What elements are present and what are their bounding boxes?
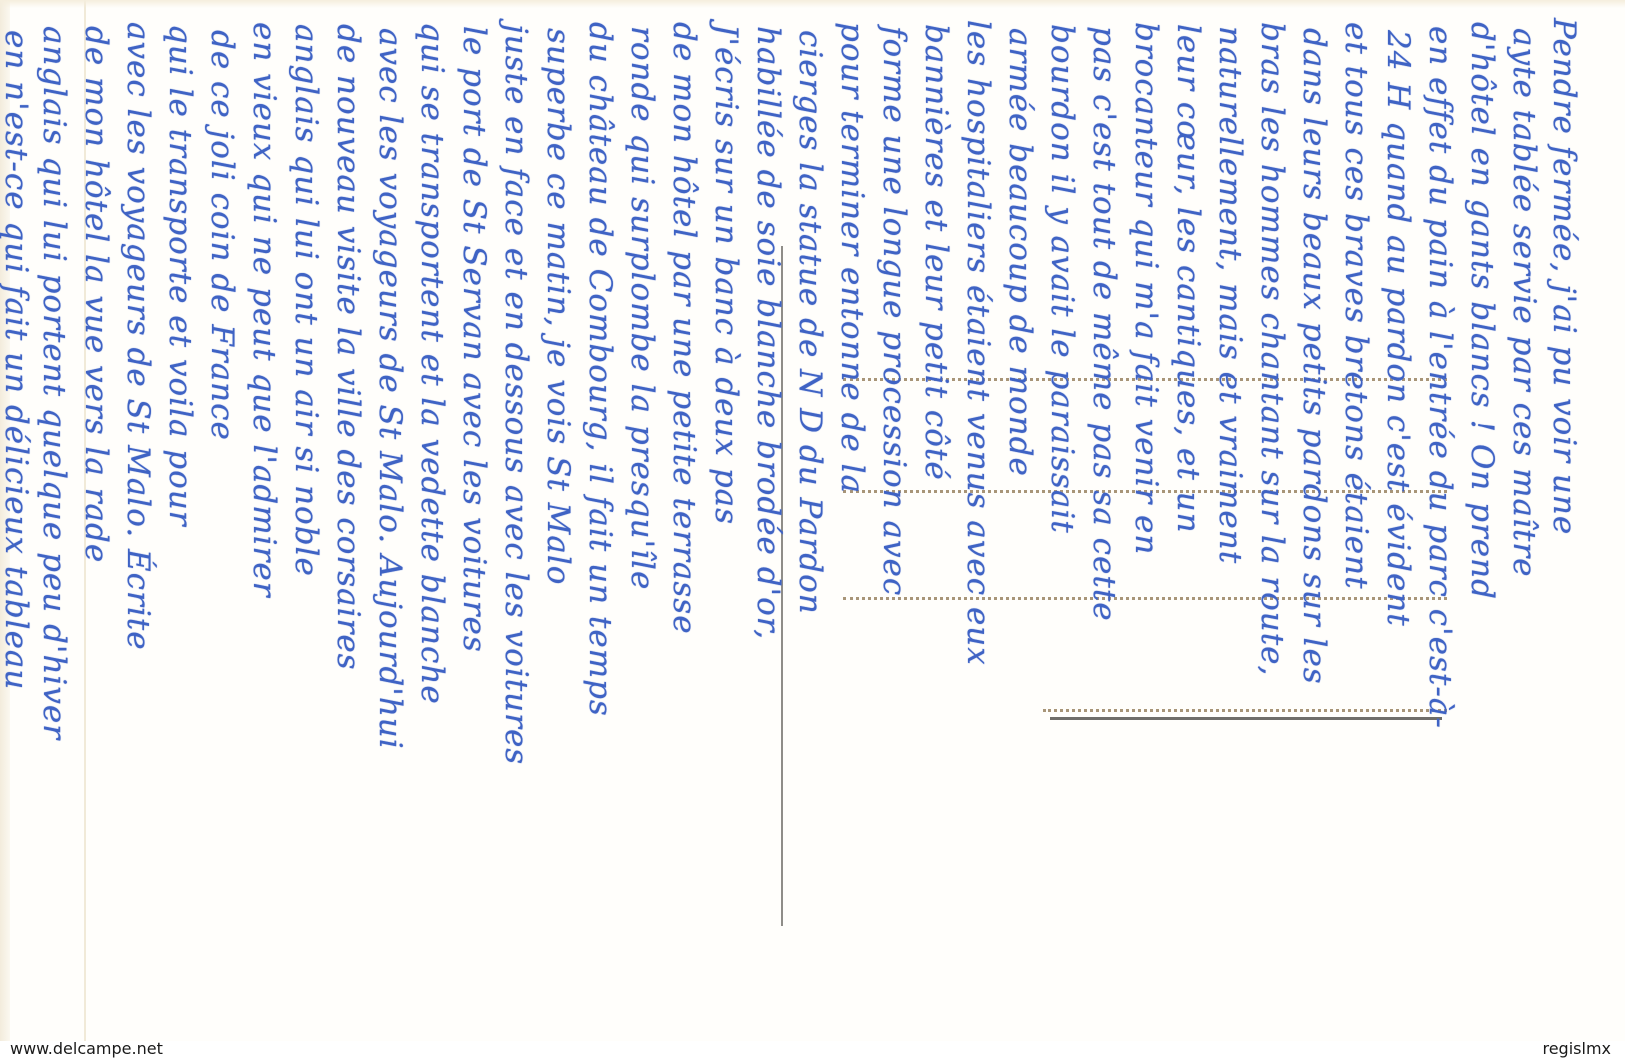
handwritten-line: Pendre fermée, j'ai pu voir une xyxy=(1548,18,1579,535)
handwritten-line: anglais qui lui portent quelque peu d'hi… xyxy=(38,26,69,740)
watermark-seller: regislmx xyxy=(1542,1039,1611,1058)
handwritten-line: dans leurs beaux petits pardons sur les xyxy=(1298,28,1329,685)
handwritten-line: les hospitaliers étaient venus avec eux xyxy=(962,20,993,666)
address-line xyxy=(1043,709,1447,712)
handwritten-line: du château de Combourg, il fait un temps xyxy=(584,22,615,717)
handwritten-line: juste en face et en dessous avec les voi… xyxy=(500,24,531,765)
handwritten-line: pas c'est tout de même pas sa cette xyxy=(1088,26,1119,622)
handwritten-line: forme une longue procession avec xyxy=(878,26,909,596)
address-underline xyxy=(1050,717,1442,720)
handwritten-line: de mon hôtel la vue vers la rade xyxy=(80,26,111,563)
handwritten-line: pour terminer entonne de la xyxy=(836,22,867,494)
handwritten-line: bannières et leur petit côté xyxy=(920,24,951,481)
handwritten-line: qui le transporte et voila pour xyxy=(164,24,195,527)
handwritten-line: de mon hôtel par une petite terrasse xyxy=(668,22,699,635)
postcard-back: Pendre fermée, j'ai pu voir uneayte tabl… xyxy=(0,0,1625,1041)
handwritten-line: en vieux qui ne peut que l'admirer xyxy=(248,22,279,598)
handwritten-line: habillée de soie blanche brodée d'or, xyxy=(752,26,783,640)
handwritten-line: bras les hommes chantant sur la route, xyxy=(1256,22,1287,676)
handwritten-line: J'écris sur un banc à deux pas xyxy=(710,24,741,525)
handwritten-line: et tous ces braves bretons étaient xyxy=(1340,22,1371,590)
handwritten-line: bourdon il y avait le paraissait xyxy=(1046,24,1077,534)
handwritten-line: de ce joli coin de France xyxy=(206,30,237,441)
handwritten-line: qui se transportent et la vedette blanch… xyxy=(416,22,447,705)
watermark-delcampe: www.delcampe.net xyxy=(10,1039,163,1058)
address-line xyxy=(843,597,1447,600)
handwritten-line: brocanteur qui m'a fait venir en xyxy=(1130,22,1161,555)
card-top-edge xyxy=(0,0,1625,8)
handwritten-line: en n'est-ce qui fait un délicieux tablea… xyxy=(0,30,31,690)
handwritten-line: ronde qui surplombe la presqu'île xyxy=(626,26,657,590)
handwritten-line: en effet du pain à l'entrée du parc c'es… xyxy=(1424,26,1455,729)
handwritten-line: superbe ce matin, je vois St Malo xyxy=(542,28,573,585)
handwritten-line: de nouveau visite la ville des corsaires xyxy=(332,24,363,671)
handwritten-line: ayte tablée servie par ces maître xyxy=(1508,28,1539,577)
handwritten-line: naturellement, mais et vraiment xyxy=(1214,26,1245,564)
handwritten-line: avec les voyageurs de St Malo. Aujourd'h… xyxy=(374,28,405,750)
handwritten-line: d'hôtel en gants blancs ! On prend xyxy=(1466,22,1497,600)
handwritten-line: armée beaucoup de monde xyxy=(1004,28,1035,477)
handwritten-line: cierges la statue de N D du Pardon xyxy=(794,30,825,615)
handwritten-line: avec les voyageurs de St Malo. Écrite xyxy=(122,22,153,651)
handwritten-line: anglais qui lui ont un air si noble xyxy=(290,24,321,577)
handwritten-line: 24 H quand au pardon c'est évident xyxy=(1382,30,1413,627)
watermark-footer: www.delcampe.net regislmx xyxy=(0,1041,1625,1059)
handwritten-line: le port de St Servan avec les voitures xyxy=(458,26,489,653)
handwritten-line: leur cœur, les cantiques, et un xyxy=(1172,24,1203,534)
